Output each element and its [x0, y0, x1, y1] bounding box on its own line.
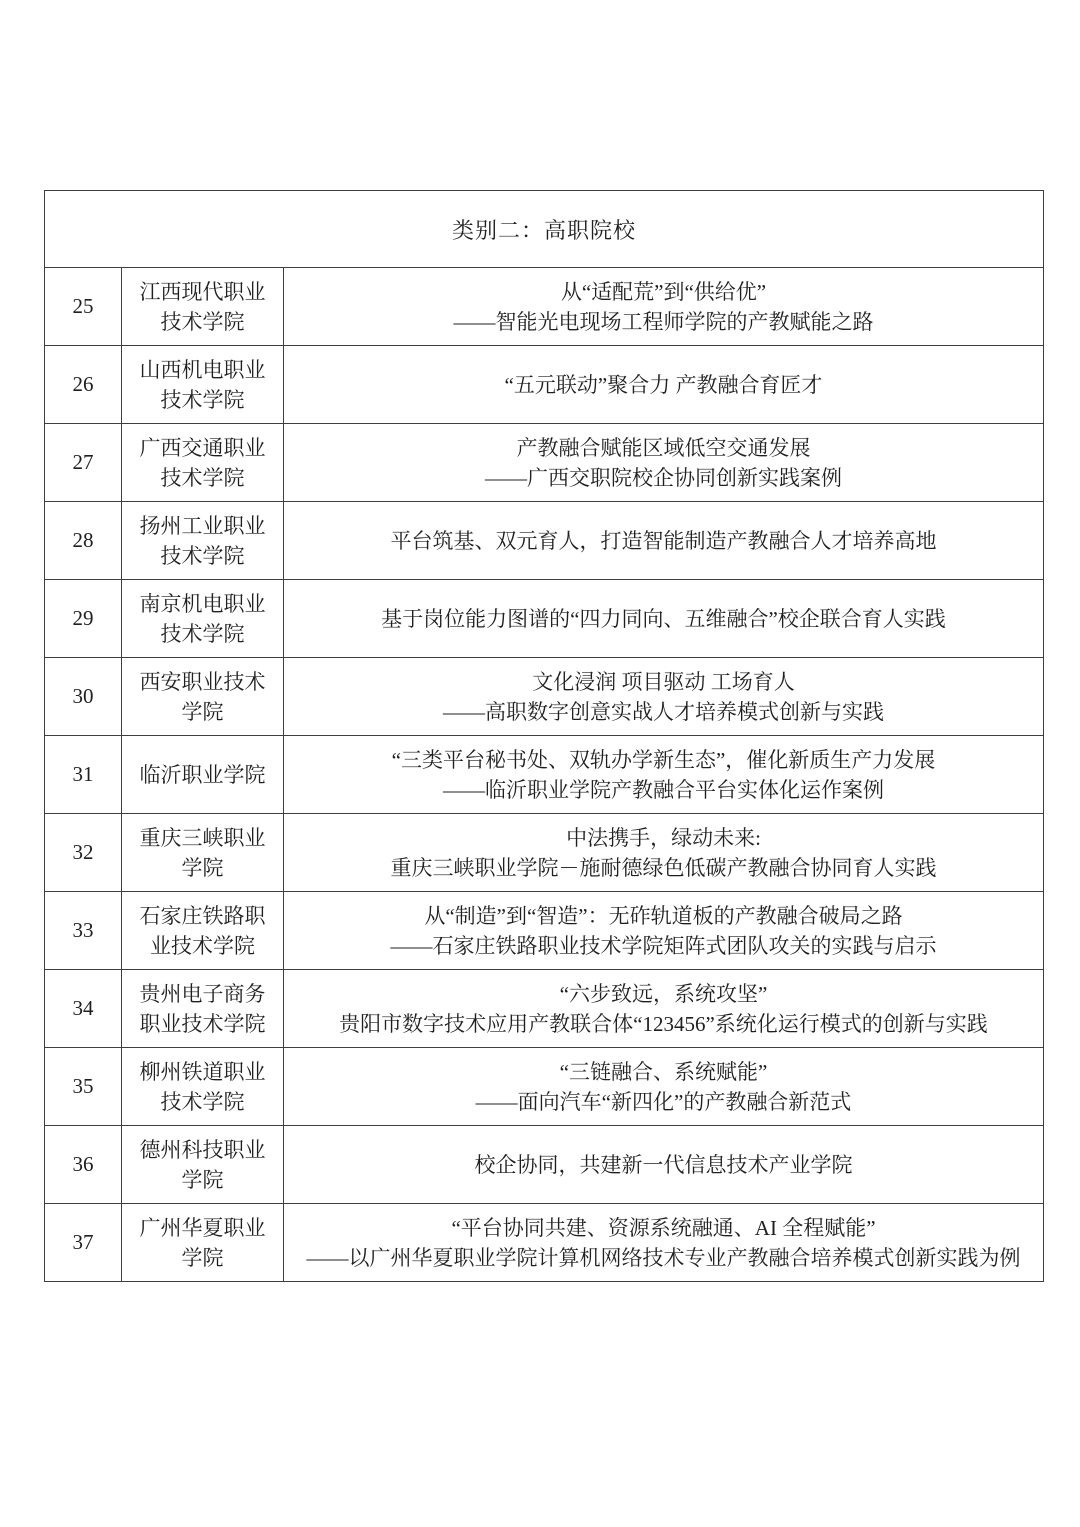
text-line: 西安职业技术 — [128, 667, 277, 697]
text-line: 学院 — [128, 1165, 277, 1195]
table-row: 34贵州电子商务职业技术学院“六步致远，系统攻坚”贵阳市数字技术应用产教联合体“… — [45, 970, 1044, 1048]
table-category-header: 类别二：高职院校 — [45, 191, 1044, 268]
text-line: 技术学院 — [128, 463, 277, 493]
row-number: 36 — [45, 1126, 122, 1204]
category-table: 类别二：高职院校 25江西现代职业技术学院从“适配荒”到“供给优”——智能光电现… — [44, 190, 1044, 1282]
school-name-cell: 西安职业技术学院 — [122, 658, 284, 736]
school-name-cell: 扬州工业职业技术学院 — [122, 502, 284, 580]
text-line: “三类平台秘书处、双轨办学新生态”，催化新质生产力发展 — [290, 745, 1037, 775]
school-name-cell: 山西机电职业技术学院 — [122, 346, 284, 424]
text-line: 广州华夏职业 — [128, 1213, 277, 1243]
school-name-cell: 贵州电子商务职业技术学院 — [122, 970, 284, 1048]
text-line: ——以广州华夏职业学院计算机网络技术专业产教融合培养模式创新实践为例 — [290, 1243, 1037, 1273]
text-line: 山西机电职业 — [128, 355, 277, 385]
school-name-cell: 德州科技职业学院 — [122, 1126, 284, 1204]
text-line: ——临沂职业学院产教融合平台实体化运作案例 — [290, 775, 1037, 805]
text-line: 德州科技职业 — [128, 1135, 277, 1165]
text-line: ——石家庄铁路职业技术学院矩阵式团队攻关的实践与启示 — [290, 931, 1037, 961]
text-line: 中法携手，绿动未来: — [290, 823, 1037, 853]
row-number: 34 — [45, 970, 122, 1048]
text-line: ——智能光电现场工程师学院的产教赋能之路 — [290, 307, 1037, 337]
school-name-cell: 临沂职业学院 — [122, 736, 284, 814]
text-line: 重庆三峡职业学院－施耐德绿色低碳产教融合协同育人实践 — [290, 853, 1037, 883]
row-number: 35 — [45, 1048, 122, 1126]
case-title-cell: 文化浸润 项目驱动 工场育人——高职数字创意实战人才培养模式创新与实践 — [284, 658, 1044, 736]
text-line: 技术学院 — [128, 385, 277, 415]
row-number: 30 — [45, 658, 122, 736]
row-number: 37 — [45, 1204, 122, 1282]
text-line: 基于岗位能力图谱的“四力同向、五维融合”校企联合育人实践 — [290, 604, 1037, 634]
row-number: 31 — [45, 736, 122, 814]
table-row: 28扬州工业职业技术学院平台筑基、双元育人，打造智能制造产教融合人才培养高地 — [45, 502, 1044, 580]
text-line: ——高职数字创意实战人才培养模式创新与实践 — [290, 697, 1037, 727]
text-line: ——广西交职院校企协同创新实践案例 — [290, 463, 1037, 493]
text-line: 校企协同，共建新一代信息技术产业学院 — [290, 1150, 1037, 1180]
case-title-cell: “三类平台秘书处、双轨办学新生态”，催化新质生产力发展——临沂职业学院产教融合平… — [284, 736, 1044, 814]
text-line: 扬州工业职业 — [128, 511, 277, 541]
school-name-cell: 广州华夏职业学院 — [122, 1204, 284, 1282]
row-number: 28 — [45, 502, 122, 580]
school-name-cell: 广西交通职业技术学院 — [122, 424, 284, 502]
school-name-cell: 江西现代职业技术学院 — [122, 268, 284, 346]
text-line: “三链融合、系统赋能” — [290, 1057, 1037, 1087]
text-line: 贵阳市数字技术应用产教联合体“123456”系统化运行模式的创新与实践 — [290, 1009, 1037, 1039]
case-title-cell: “三链融合、系统赋能”——面向汽车“新四化”的产教融合新范式 — [284, 1048, 1044, 1126]
case-title-cell: “六步致远，系统攻坚”贵阳市数字技术应用产教联合体“123456”系统化运行模式… — [284, 970, 1044, 1048]
row-number: 32 — [45, 814, 122, 892]
text-line: 产教融合赋能区域低空交通发展 — [290, 433, 1037, 463]
text-line: “平台协同共建、资源系统融通、AI 全程赋能” — [290, 1213, 1037, 1243]
row-number: 26 — [45, 346, 122, 424]
text-line: 贵州电子商务 — [128, 979, 277, 1009]
case-title-cell: 从“制造”到“智造”：无砟轨道板的产教融合破局之路——石家庄铁路职业技术学院矩阵… — [284, 892, 1044, 970]
case-title-cell: 从“适配荒”到“供给优”——智能光电现场工程师学院的产教赋能之路 — [284, 268, 1044, 346]
text-line: 学院 — [128, 1243, 277, 1273]
text-line: 技术学院 — [128, 619, 277, 649]
case-title-cell: “平台协同共建、资源系统融通、AI 全程赋能”——以广州华夏职业学院计算机网络技… — [284, 1204, 1044, 1282]
text-line: 文化浸润 项目驱动 工场育人 — [290, 667, 1037, 697]
text-line: 临沂职业学院 — [128, 760, 277, 790]
text-line: 技术学院 — [128, 307, 277, 337]
row-number: 29 — [45, 580, 122, 658]
text-line: 石家庄铁路职 — [128, 901, 277, 931]
text-line: 学院 — [128, 697, 277, 727]
case-title-cell: 校企协同，共建新一代信息技术产业学院 — [284, 1126, 1044, 1204]
text-line: 柳州铁道职业 — [128, 1057, 277, 1087]
table-row: 37广州华夏职业学院“平台协同共建、资源系统融通、AI 全程赋能”——以广州华夏… — [45, 1204, 1044, 1282]
table-row: 32重庆三峡职业学院中法携手，绿动未来:重庆三峡职业学院－施耐德绿色低碳产教融合… — [45, 814, 1044, 892]
text-line: 广西交通职业 — [128, 433, 277, 463]
text-line: “六步致远，系统攻坚” — [290, 979, 1037, 1009]
table-header-row: 类别二：高职院校 — [45, 191, 1044, 268]
text-line: 南京机电职业 — [128, 589, 277, 619]
table-row: 26山西机电职业技术学院“五元联动”聚合力 产教融合育匠才 — [45, 346, 1044, 424]
text-line: 从“适配荒”到“供给优” — [290, 277, 1037, 307]
case-title-cell: “五元联动”聚合力 产教融合育匠才 — [284, 346, 1044, 424]
school-name-cell: 重庆三峡职业学院 — [122, 814, 284, 892]
case-title-cell: 基于岗位能力图谱的“四力同向、五维融合”校企联合育人实践 — [284, 580, 1044, 658]
school-name-cell: 柳州铁道职业技术学院 — [122, 1048, 284, 1126]
text-line: “五元联动”聚合力 产教融合育匠才 — [290, 370, 1037, 400]
text-line: 平台筑基、双元育人，打造智能制造产教融合人才培养高地 — [290, 526, 1037, 556]
text-line: 学院 — [128, 853, 277, 883]
school-name-cell: 石家庄铁路职业技术学院 — [122, 892, 284, 970]
table-row: 30西安职业技术学院文化浸润 项目驱动 工场育人——高职数字创意实战人才培养模式… — [45, 658, 1044, 736]
row-number: 25 — [45, 268, 122, 346]
table-body: 类别二：高职院校 25江西现代职业技术学院从“适配荒”到“供给优”——智能光电现… — [45, 191, 1044, 1282]
table-row: 36德州科技职业学院校企协同，共建新一代信息技术产业学院 — [45, 1126, 1044, 1204]
text-line: 职业技术学院 — [128, 1009, 277, 1039]
case-title-cell: 平台筑基、双元育人，打造智能制造产教融合人才培养高地 — [284, 502, 1044, 580]
text-line: 从“制造”到“智造”：无砟轨道板的产教融合破局之路 — [290, 901, 1037, 931]
text-line: 重庆三峡职业 — [128, 823, 277, 853]
case-title-cell: 中法携手，绿动未来:重庆三峡职业学院－施耐德绿色低碳产教融合协同育人实践 — [284, 814, 1044, 892]
table-row: 35柳州铁道职业技术学院“三链融合、系统赋能”——面向汽车“新四化”的产教融合新… — [45, 1048, 1044, 1126]
text-line: 技术学院 — [128, 541, 277, 571]
table-row: 31临沂职业学院“三类平台秘书处、双轨办学新生态”，催化新质生产力发展——临沂职… — [45, 736, 1044, 814]
table-row: 33石家庄铁路职业技术学院从“制造”到“智造”：无砟轨道板的产教融合破局之路——… — [45, 892, 1044, 970]
case-title-cell: 产教融合赋能区域低空交通发展——广西交职院校企协同创新实践案例 — [284, 424, 1044, 502]
row-number: 33 — [45, 892, 122, 970]
table-row: 27广西交通职业技术学院产教融合赋能区域低空交通发展——广西交职院校企协同创新实… — [45, 424, 1044, 502]
table-row: 25江西现代职业技术学院从“适配荒”到“供给优”——智能光电现场工程师学院的产教… — [45, 268, 1044, 346]
text-line: 技术学院 — [128, 1087, 277, 1117]
text-line: 业技术学院 — [128, 931, 277, 961]
row-number: 27 — [45, 424, 122, 502]
text-line: ——面向汽车“新四化”的产教融合新范式 — [290, 1087, 1037, 1117]
school-name-cell: 南京机电职业技术学院 — [122, 580, 284, 658]
text-line: 江西现代职业 — [128, 277, 277, 307]
table-row: 29南京机电职业技术学院基于岗位能力图谱的“四力同向、五维融合”校企联合育人实践 — [45, 580, 1044, 658]
